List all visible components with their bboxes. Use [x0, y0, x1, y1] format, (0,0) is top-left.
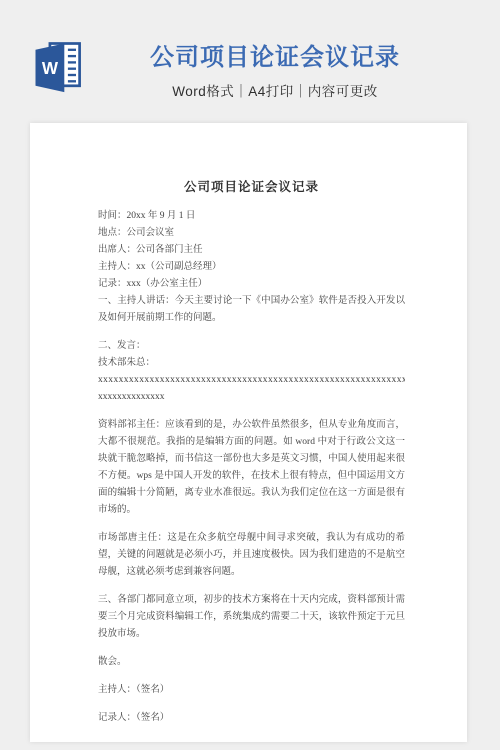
para-market-dept: 市场部唐主任：这是在众多航空母舰中间寻求突破，我认为有成功的希望，关键的问题就是… — [98, 530, 405, 581]
meta-host: 主持人：xx（公司副总经理） — [98, 259, 405, 276]
para-host-speech: 一、主持人讲话：今天主要讨论一下《中国办公室》软件是否投入开发以及如何开展前期工… — [98, 293, 405, 327]
meta-time: 时间：20xx 年 9 月 1 日 — [98, 208, 405, 225]
meta-location: 地点：公司会议室 — [98, 225, 405, 242]
word-icon-letter: W — [42, 59, 59, 78]
filler-line-1: xxxxxxxxxxxxxxxxxxxxxxxxxxxxxxxxxxxxxxxx… — [98, 372, 405, 389]
document-title: 公司项目论证会议记录 — [98, 177, 405, 195]
header-text-block: 公司项目论证会议记录 Word格式｜A4打印｜内容可更改 — [92, 44, 458, 100]
para-section-2: 二、发言： — [98, 338, 405, 355]
para-host-signature: 主持人：（签名） — [98, 682, 405, 699]
meta-attendees: 出席人：公司各部门主任 — [98, 242, 405, 259]
document-body: 公司项目论证会议记录 时间：20xx 年 9 月 1 日 地点：公司会议室 出席… — [30, 123, 467, 727]
para-data-dept: 资料部祁主任：应该看到的是，办公软件虽然很多，但从专业角度而言，大都不很规范。我… — [98, 417, 405, 519]
header-subtitle: Word格式｜A4打印｜内容可更改 — [92, 80, 458, 100]
para-tech-zhu: 技术部朱总： — [98, 355, 405, 372]
para-dismiss: 散会。 — [98, 654, 405, 671]
header-banner: W 公司项目论证会议记录 Word格式｜A4打印｜内容可更改 — [0, 0, 500, 118]
meta-recorder: 记录：xxx（办公室主任） — [98, 276, 405, 293]
document-page: 公司项目论证会议记录 时间：20xx 年 9 月 1 日 地点：公司会议室 出席… — [30, 123, 467, 742]
word-icon: W — [30, 39, 86, 93]
template-preview-page: { "colors": { "background": "#efefef", "… — [0, 0, 500, 750]
header-title: 公司项目论证会议记录 — [92, 44, 458, 72]
para-section-3: 三、各部门都同意立项，初步的技术方案将在十天内完成，资料部预计需要三个月完成资料… — [98, 592, 405, 643]
filler-line-2: xxxxxxxxxxxxxx — [98, 389, 405, 406]
para-recorder-signature: 记录人：（签名） — [98, 710, 405, 727]
